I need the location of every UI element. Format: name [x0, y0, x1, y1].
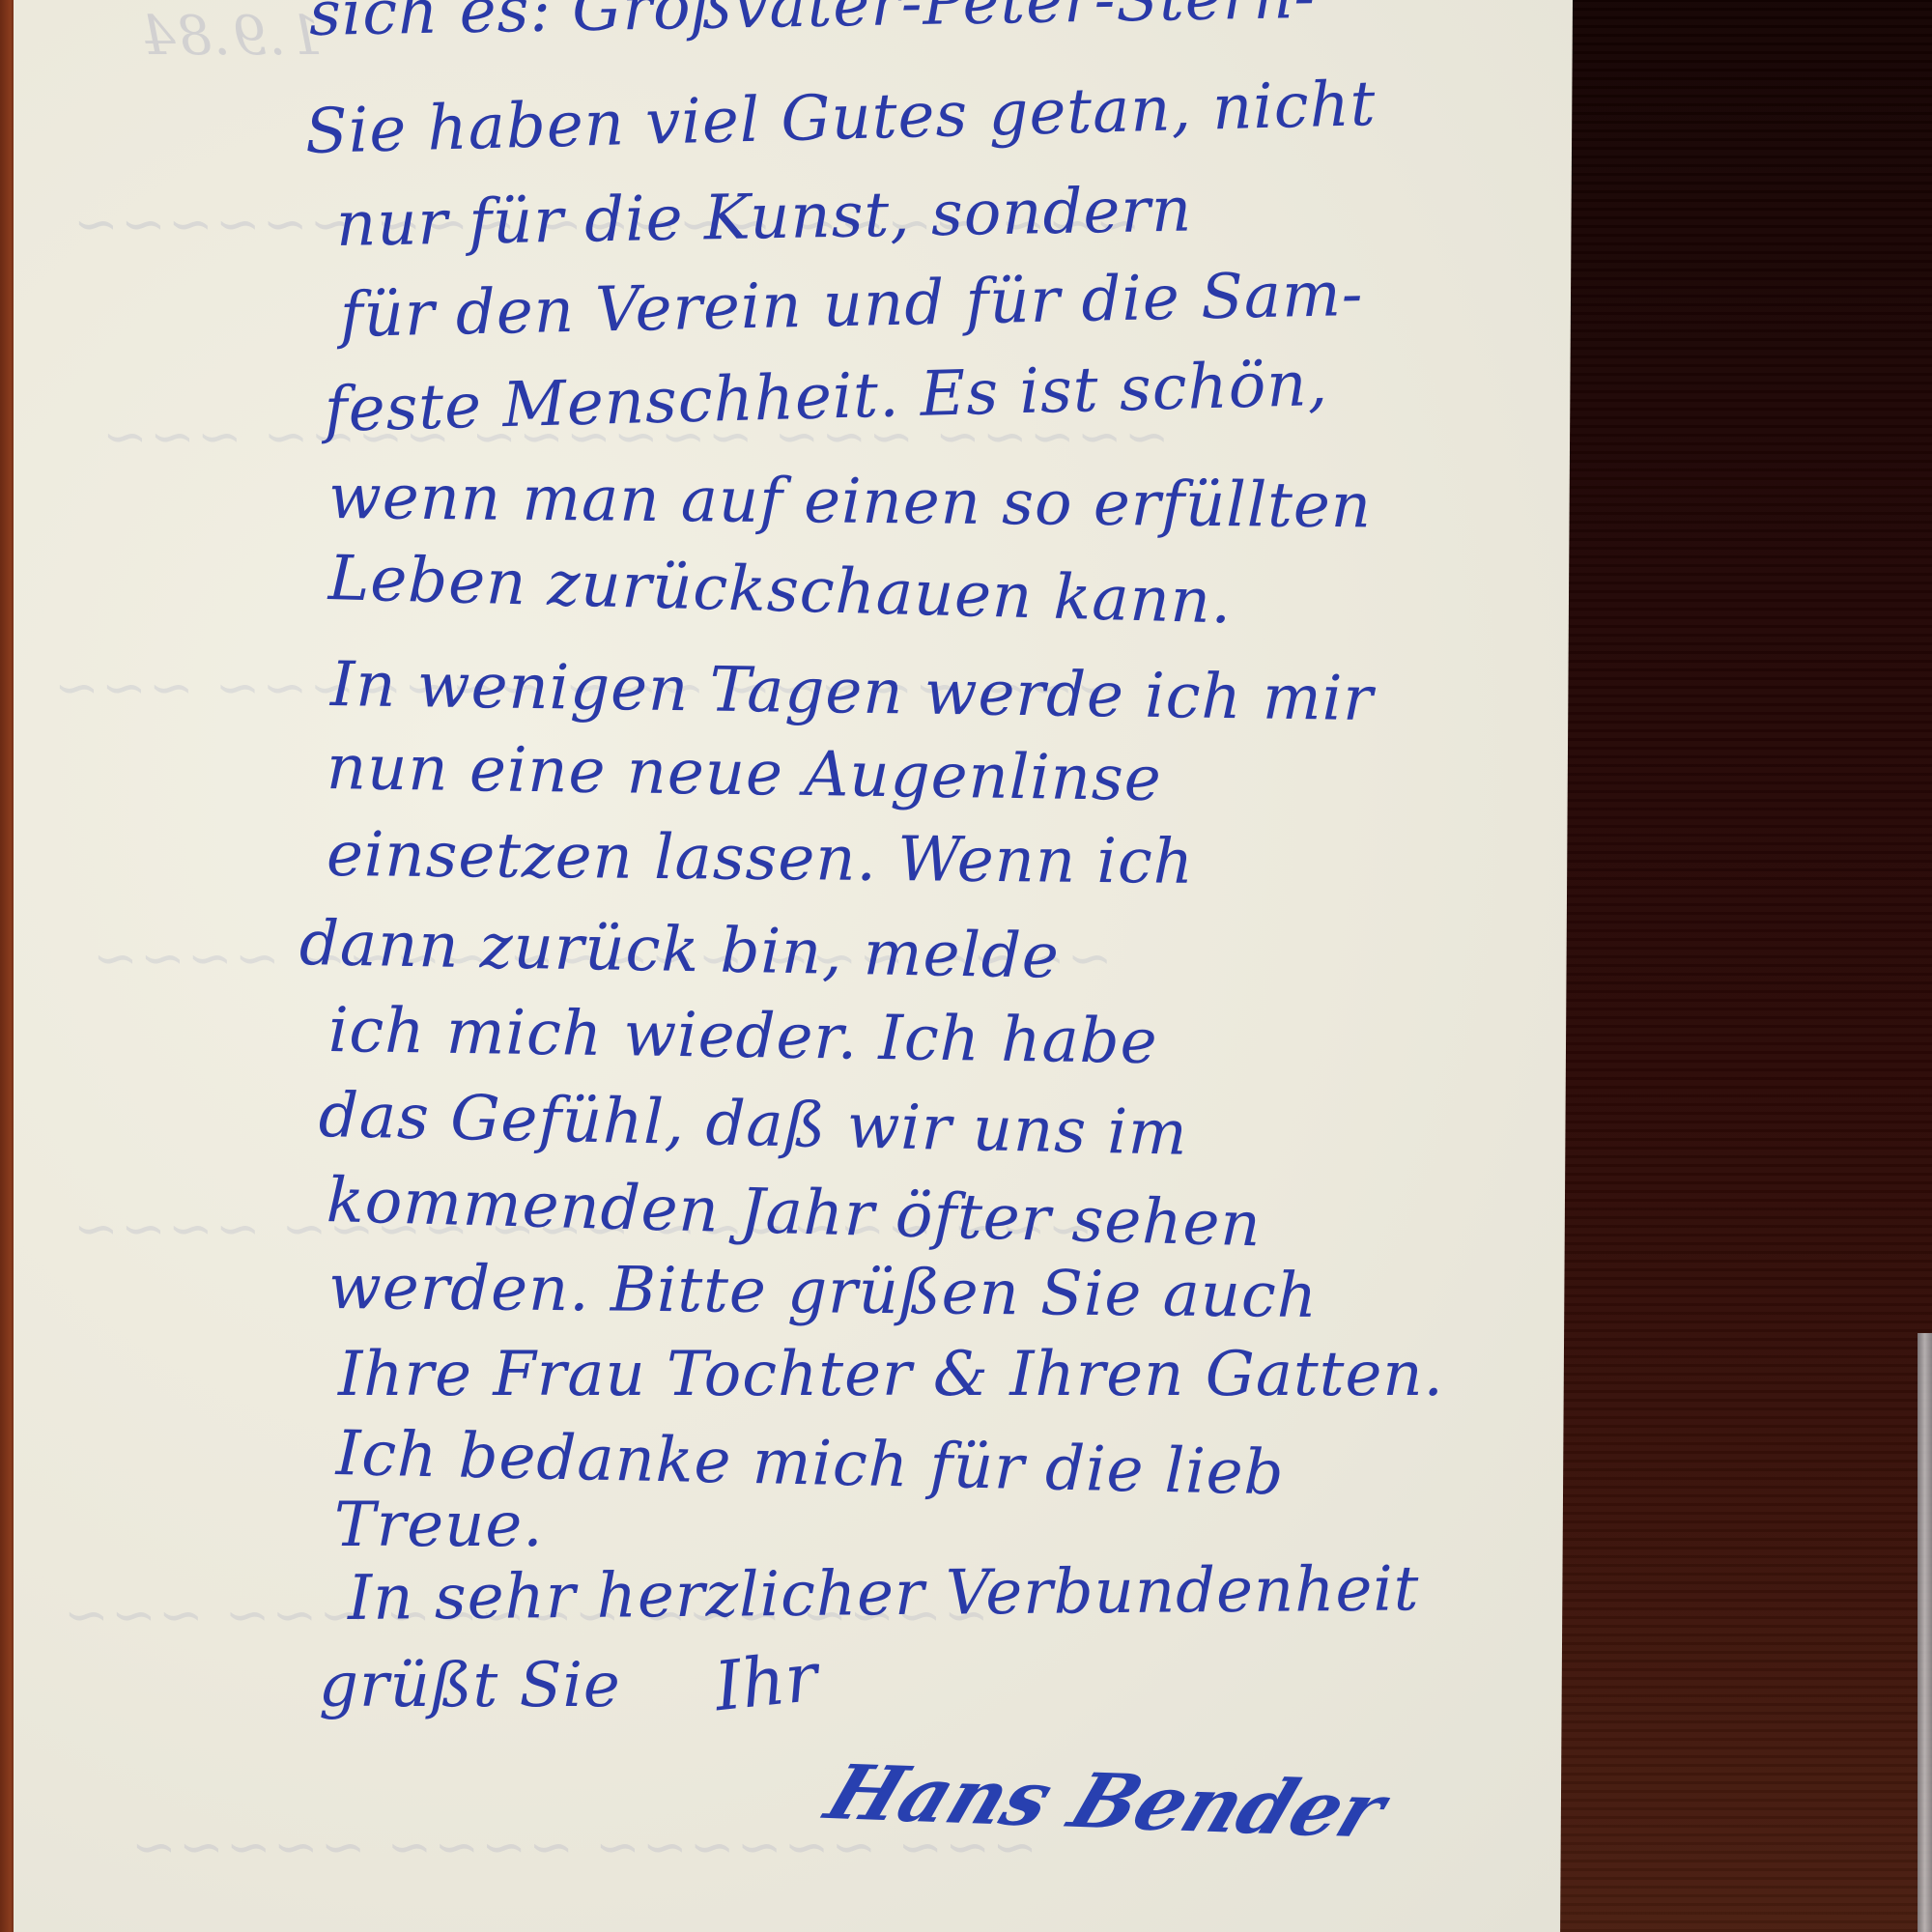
letter-line: Ihre Frau Tochter & Ihren Gatten. [338, 1339, 1444, 1410]
letter-line: einsetzen lassen. Wenn ich [327, 819, 1195, 898]
letter-line: In sehr herzlicher Verbundenheit [348, 1553, 1420, 1634]
letter-line: Treue. [334, 1490, 544, 1561]
letter-line: wenn man auf einen so erfüllten [328, 462, 1373, 542]
letter-line: nun eine neue Augenlinse [326, 732, 1162, 815]
metal-edge-strip [1918, 1333, 1932, 1932]
letter-line: werden. Bitte grüßen Sie auch [328, 1252, 1319, 1332]
letter-line: dann zurück bin, melde [298, 908, 1060, 993]
wooden-table-surface [1555, 0, 1932, 1932]
letter-line: grüßt Sie [319, 1650, 621, 1721]
letter-line: nur für die Kunst, sondern [335, 175, 1192, 261]
bleed-through-date: 1.9.84 [139, 5, 323, 68]
letter-line: In wenigen Tagen werde ich mir [329, 649, 1374, 735]
letter-line: ich mich wieder. Ich habe [327, 995, 1158, 1078]
letter-closing: Ihr [711, 1637, 821, 1727]
